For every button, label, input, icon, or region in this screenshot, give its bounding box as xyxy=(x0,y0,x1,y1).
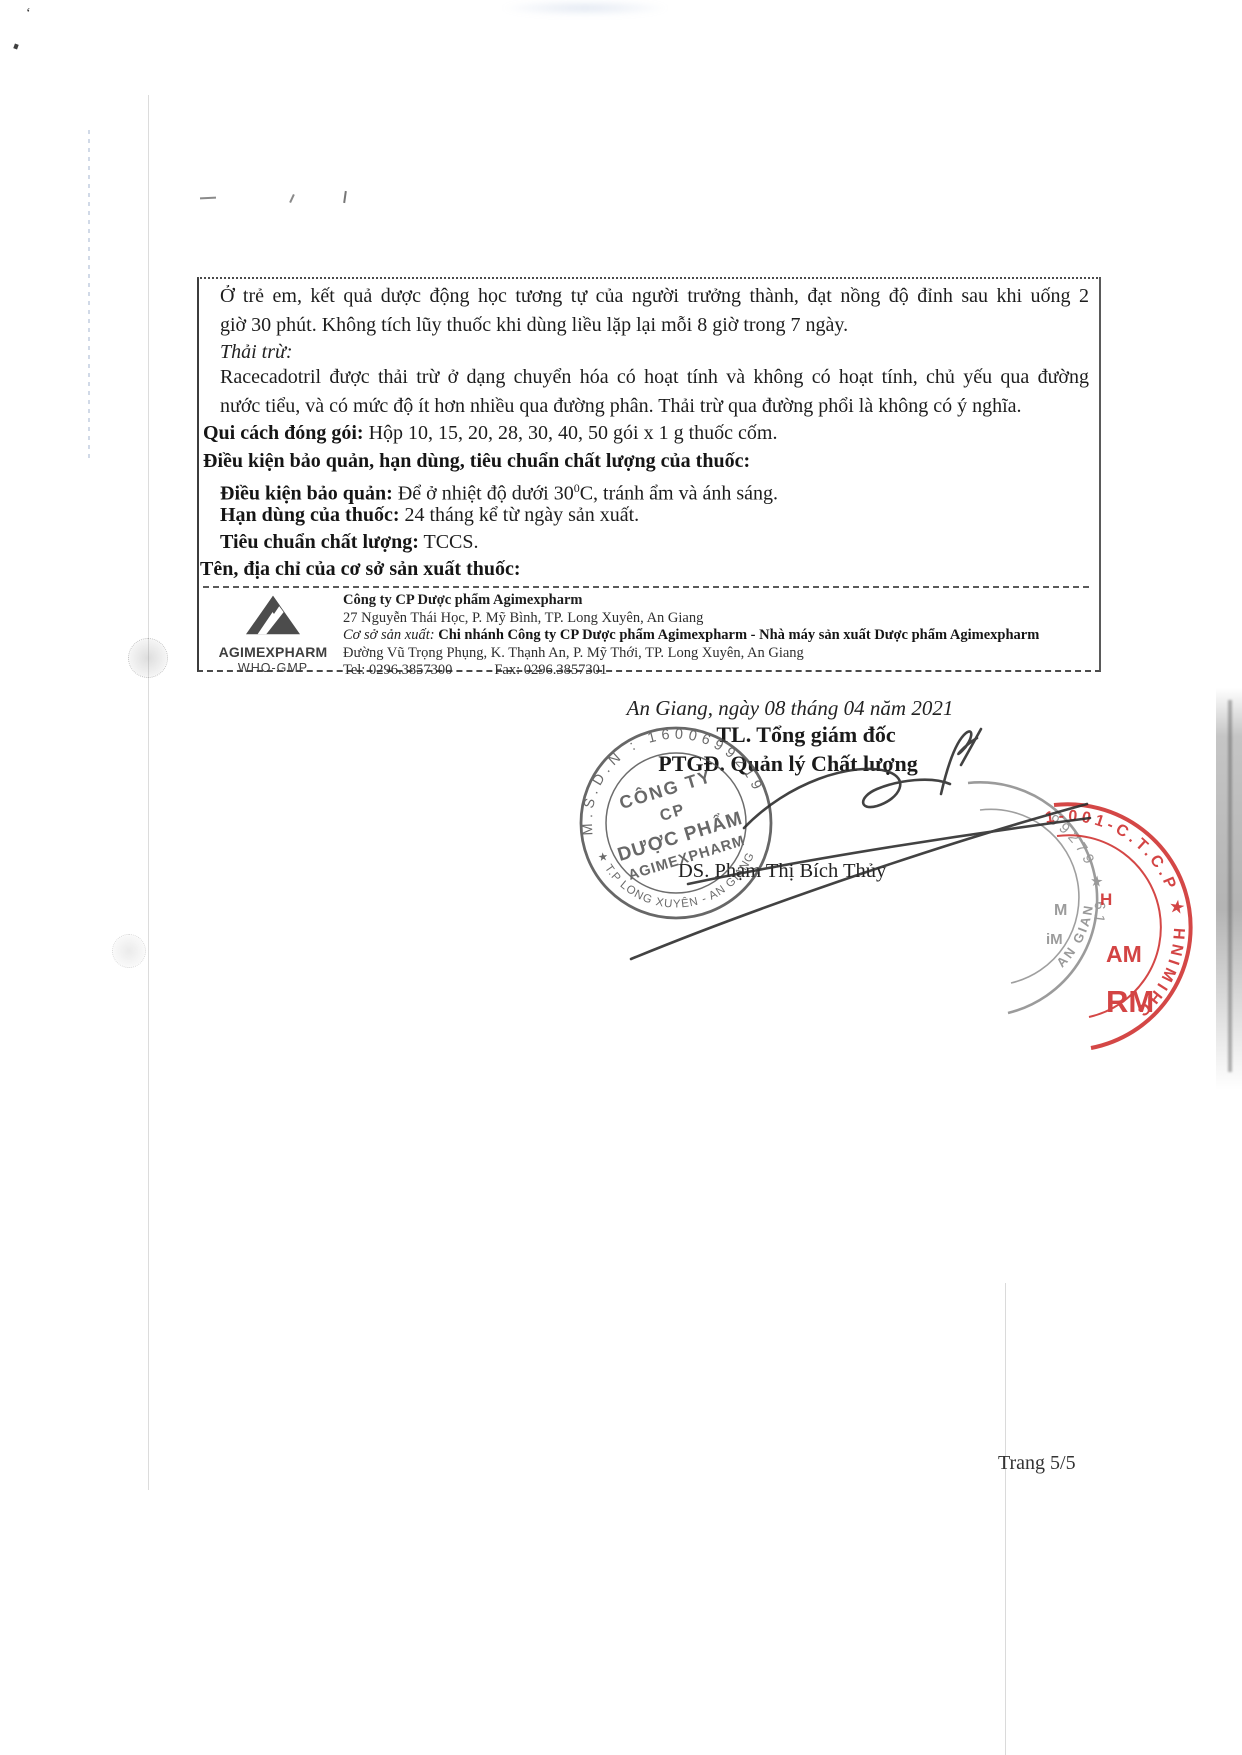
stamp-center-line2: CP xyxy=(658,801,688,825)
red-stamp-inner-arc xyxy=(1057,835,1161,1017)
hole-punch xyxy=(112,934,146,968)
pharmacokinetics-line: Ở trẻ em, kết quả dược động học tương tự… xyxy=(203,285,1089,312)
shelf-life-line: Hạn dùng của thuốc: 24 tháng kể từ ngày … xyxy=(203,502,1089,529)
pencil-mark xyxy=(200,197,216,200)
tel-fax-line: Tel: 0296.3857300Fax: 0296.3857301 xyxy=(343,662,1089,680)
red-stamp-outer-arc xyxy=(1054,804,1191,1048)
stamp-center-line3: DƯỢC PHẨM xyxy=(615,807,745,866)
scan-smudge xyxy=(500,0,670,16)
scan-fold-line xyxy=(1005,1283,1006,1755)
elimination-heading: Thải trừ: xyxy=(203,339,1089,366)
page-number: Trang 5/5 xyxy=(998,1452,1076,1475)
pharmacokinetics-line: giờ 30 phút. Không tích lũy thuốc khi dù… xyxy=(203,312,1089,339)
signer-name: DS. Phạm Thị Bích Thủy xyxy=(678,860,886,883)
svg-text:1-001-C.T.C.P ★ HNIMIHC: 1-001-C.T.C.P ★ HNIMIHC xyxy=(1044,808,1187,1022)
tel: Tel: 0296.3857300 xyxy=(343,662,452,678)
gray-stamp-letter: iM xyxy=(1046,931,1063,948)
red-stamp-letter: AM xyxy=(1106,941,1142,967)
place-date-line: An Giang, ngày 08 tháng 04 năm 2021 xyxy=(600,696,980,721)
scan-speck-icon: ‘ xyxy=(26,6,31,22)
elimination-line: Racecadotril được thải trừ ở dạng chuyển… xyxy=(203,366,1089,393)
manufacturer-heading: Tên, địa chỉ của cơ sở sản xuất thuốc: xyxy=(200,556,1089,583)
logo-who-gmp: WHO-GMP xyxy=(203,661,343,675)
company-address: 27 Nguyễn Thái Học, P. Mỹ Bình, TP. Long… xyxy=(343,610,1089,628)
stamps-signatures-layer: M.S.D.N : 1600699219 ★ T.P LONG XUYÊN - … xyxy=(0,0,1242,1755)
red-stamp-letter: H xyxy=(1100,890,1112,909)
scan-edge-dots xyxy=(88,130,90,460)
elimination-line: nước tiểu, và có mức độ ít hơn nhiều qua… xyxy=(203,393,1089,420)
gray-stamp-letter: M xyxy=(1054,902,1067,919)
red-stamp-arc-text: 1-001-C.T.C.P ★ HNIMIHC xyxy=(1044,808,1187,1022)
red-partial-stamp: 1-001-C.T.C.P ★ HNIMIHC H AM RM xyxy=(1044,804,1191,1048)
site-address: Đường Vũ Trọng Phụng, K. Thạnh An, P. Mỹ… xyxy=(343,645,1089,663)
signer-title-1: TL. Tổng giám đốc xyxy=(656,722,956,748)
gray-stamp-outer-arc xyxy=(968,782,1097,1013)
triangle-logo-icon xyxy=(245,594,301,636)
signature-initials-stroke xyxy=(961,729,981,765)
pencil-mark xyxy=(343,191,347,203)
conditions-heading: Điều kiện bảo quản, hạn dùng, tiêu chuẩn… xyxy=(203,448,1089,475)
hole-punch xyxy=(128,638,168,678)
scan-edge-shadow xyxy=(1228,700,1232,1072)
packaging-line: Qui cách đóng gói: Hộp 10, 15, 20, 28, 3… xyxy=(203,420,1089,447)
storage-line: Điều kiện bảo quản: Để ở nhiệt độ dưới 3… xyxy=(203,475,1089,502)
manufacturer-details: Công ty CP Dược phẩm Agimexpharm 27 Nguy… xyxy=(343,592,1089,680)
signer-title-2: PTGĐ. Quản lý Chất lượng xyxy=(638,751,938,777)
gray-stamp-inner-arc xyxy=(980,809,1079,983)
quality-standard-line: Tiêu chuẩn chất lượng: TCCS. xyxy=(203,529,1089,556)
scanned-document-page: ‘ Ở trẻ em, kết quả dược động học tương … xyxy=(0,0,1242,1755)
company-name: Công ty CP Dược phẩm Agimexpharm xyxy=(343,592,1089,610)
manufacturer-block: AGIMEXPHARM WHO-GMP Công ty CP Dược phẩm… xyxy=(203,586,1089,680)
logo-wordmark: AGIMEXPHARM xyxy=(203,644,343,660)
red-stamp-letter: RM xyxy=(1106,984,1154,1019)
agimexpharm-logo: AGIMEXPHARM WHO-GMP xyxy=(203,592,343,680)
scan-fold-line xyxy=(148,95,149,1490)
fax: Fax: 0296.3857301 xyxy=(494,662,607,678)
production-site-line: Cơ sở sản xuất: Chi nhánh Công ty CP Dượ… xyxy=(343,627,1089,645)
scan-speck-icon xyxy=(13,43,18,49)
signature-curl-stroke xyxy=(744,769,950,828)
pencil-mark xyxy=(289,194,295,203)
drug-info-box: Ở trẻ em, kết quả dược động học tương tự… xyxy=(197,277,1101,672)
